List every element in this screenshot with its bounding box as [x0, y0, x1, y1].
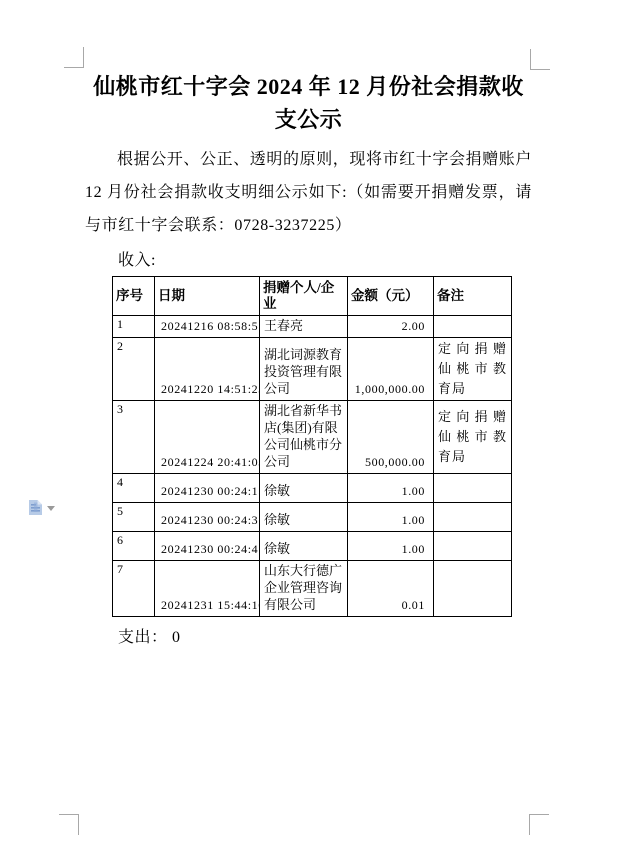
document-page[interactable]: 仙桃市红十字会 2024 年 12 月份社会捐款收支公示 根据公开、公正、透明的…: [0, 0, 623, 856]
cell-donor: 徐敏: [260, 474, 348, 503]
cell-date: 20241216 08:58:51: [155, 316, 260, 338]
crop-mark-top-right: [530, 49, 550, 70]
cell-amount: 1.00: [348, 503, 434, 532]
cell-amount: 0.01: [348, 561, 434, 617]
paste-options-dropdown-arrow[interactable]: [47, 506, 55, 511]
cell-serial: 4: [113, 474, 155, 503]
cell-date: 20241230 00:24:31: [155, 503, 260, 532]
cell-remark: 定向捐赠仙桃市教育局: [434, 338, 512, 401]
cell-remark: [434, 532, 512, 561]
expense-label: 支出： 0: [118, 624, 532, 647]
page-title: 仙桃市红十字会 2024 年 12 月份社会捐款收支公示: [85, 70, 532, 136]
cell-serial: 3: [113, 401, 155, 474]
income-label: 收入:: [118, 247, 532, 270]
header-amount: 金额（元）: [348, 277, 434, 316]
header-donor: 捐赠个人/企业: [260, 277, 348, 316]
paste-options-button[interactable]: [28, 499, 55, 521]
cell-donor: 王春亮: [260, 316, 348, 338]
table-row: 3 20241224 20:41:03 湖北省新华书店(集团)有限公司仙桃市分公…: [113, 401, 512, 474]
cell-serial: 2: [113, 338, 155, 401]
intro-paragraph: 根据公开、公正、透明的原则，现将市红十字会捐赠账户 12 月份社会捐款收支明细公…: [85, 143, 532, 242]
cell-serial: 6: [113, 532, 155, 561]
cell-amount: 500,000.00: [348, 401, 434, 474]
cell-serial: 7: [113, 561, 155, 617]
table-row: 2 20241220 14:51:23 湖北词源教育投资管理有限公司 1,000…: [113, 338, 512, 401]
cell-donor: 山东大行德广企业管理咨询有限公司: [260, 561, 348, 617]
cell-serial: 5: [113, 503, 155, 532]
table-row: 7 20241231 15:44:16 山东大行德广企业管理咨询有限公司 0.0…: [113, 561, 512, 617]
header-date: 日期: [155, 277, 260, 316]
header-serial: 序号: [113, 277, 155, 316]
header-remark: 备注: [434, 277, 512, 316]
donations-table: 序号 日期 捐赠个人/企业 金额（元） 备注 1 20241216 08:58:…: [112, 276, 512, 617]
cell-amount: 1.00: [348, 474, 434, 503]
cell-remark: [434, 316, 512, 338]
cell-date: 20241230 00:24:15: [155, 474, 260, 503]
cell-remark: [434, 561, 512, 617]
expense-value: 0: [172, 629, 181, 646]
cell-remark: [434, 474, 512, 503]
cell-donor: 徐敏: [260, 503, 348, 532]
cell-donor: 湖北省新华书店(集团)有限公司仙桃市分公司: [260, 401, 348, 474]
cell-serial: 1: [113, 316, 155, 338]
table-header-row: 序号 日期 捐赠个人/企业 金额（元） 备注: [113, 277, 512, 316]
cell-date: 20241224 20:41:03: [155, 401, 260, 474]
cell-remark: 定向捐赠仙桃市教育局: [434, 401, 512, 474]
crop-mark-bottom-left: [59, 814, 79, 835]
crop-mark-top-left: [64, 47, 84, 68]
cell-remark: [434, 503, 512, 532]
cell-donor: 徐敏: [260, 532, 348, 561]
cell-amount: 1.00: [348, 532, 434, 561]
table-row: 1 20241216 08:58:51 王春亮 2.00: [113, 316, 512, 338]
table-row: 5 20241230 00:24:31 徐敏 1.00: [113, 503, 512, 532]
cell-amount: 2.00: [348, 316, 434, 338]
paste-options-icon[interactable]: [28, 499, 43, 521]
table-row: 4 20241230 00:24:15 徐敏 1.00: [113, 474, 512, 503]
crop-mark-bottom-right: [529, 814, 549, 835]
cell-amount: 1,000,000.00: [348, 338, 434, 401]
cell-date: 20241230 00:24:47: [155, 532, 260, 561]
expense-label-text: 支出：: [118, 629, 168, 646]
cell-date: 20241220 14:51:23: [155, 338, 260, 401]
cell-date: 20241231 15:44:16: [155, 561, 260, 617]
cell-donor: 湖北词源教育投资管理有限公司: [260, 338, 348, 401]
document-body[interactable]: 仙桃市红十字会 2024 年 12 月份社会捐款收支公示 根据公开、公正、透明的…: [85, 70, 532, 647]
table-row: 6 20241230 00:24:47 徐敏 1.00: [113, 532, 512, 561]
